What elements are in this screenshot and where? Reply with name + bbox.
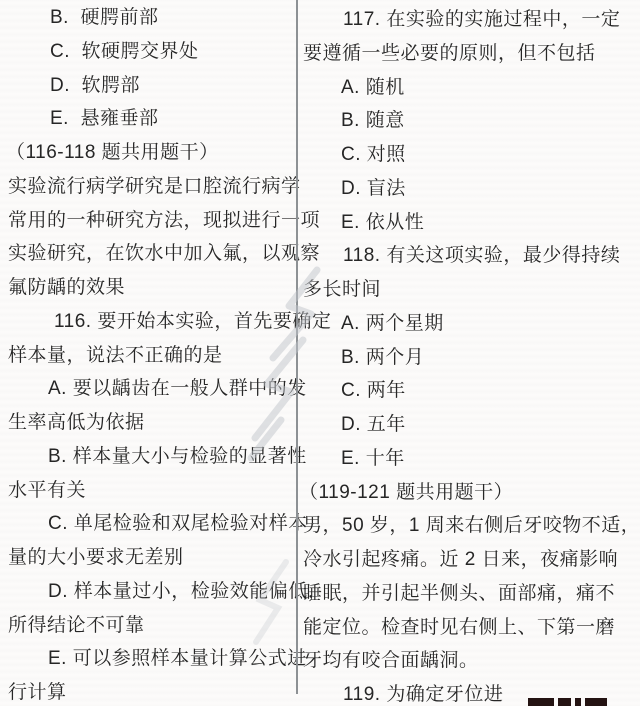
option-line: D. 五年 <box>341 408 637 442</box>
logo-block <box>575 698 581 706</box>
option-line: D. 盲法 <box>341 172 637 206</box>
stem-line: 牙均有咬合面龋洞。 <box>303 644 637 678</box>
exam-page: B. 硬腭前部C. 软硬腭交界处D. 软腭部E. 悬雍垂部（116-118 题共… <box>0 0 640 706</box>
stem-line: 能定位。检查时见右侧上、下第一磨 <box>303 611 637 645</box>
option-line: B. 样本量大小与检验的显著性 <box>48 440 294 474</box>
option-line: 生率高低为依据 <box>8 406 294 440</box>
question-line: 117. 在实验的实施过程中，一定 <box>343 3 637 37</box>
right-column: 117. 在实验的实施过程中，一定要遵循一些必要的原则，但不包括A. 随机B. … <box>303 0 637 706</box>
option-line: C. 对照 <box>341 138 637 172</box>
option-line: E. 十年 <box>341 442 637 476</box>
option-line: E. 依从性 <box>341 206 637 240</box>
stem-line: 冷水引起疼痛。近 2 日来，夜痛影响 <box>303 543 637 577</box>
option-line: B. 两个月 <box>341 341 637 375</box>
question-line: 多长时间 <box>303 273 637 307</box>
cropped-logo <box>528 698 607 706</box>
section-header-line: （116-118 题共用题干） <box>6 136 294 170</box>
option-line: C. 单尾检验和双尾检验对样本 <box>48 507 294 541</box>
option-line: A. 两个星期 <box>341 307 637 341</box>
option-line: E. 可以参照样本量计算公式进 <box>48 642 294 676</box>
logo-block <box>528 698 554 706</box>
option-line: 量的大小要求无差别 <box>8 541 294 575</box>
logo-block <box>558 698 571 706</box>
stem-line: 男，50 岁，1 周来右侧后牙咬物不适， <box>303 509 637 543</box>
option-line: C. 两年 <box>341 374 637 408</box>
option-line: A. 随机 <box>341 71 637 105</box>
question-line: 要遵循一些必要的原则，但不包括 <box>303 37 637 71</box>
option-line: B. 硬腭前部 <box>50 1 294 35</box>
question-line: 118. 有关这项实验，最少得持续 <box>343 239 637 273</box>
section-header-line: （119-121 题共用题干） <box>299 476 637 510</box>
column-divider-line <box>296 0 298 694</box>
option-line: A. 要以龋齿在一般人群中的发 <box>48 372 294 406</box>
stem-line: 睡眠，并引起半侧头、面部痛，痛不 <box>303 577 637 611</box>
option-line: D. 软腭部 <box>50 69 294 103</box>
left-column: B. 硬腭前部C. 软硬腭交界处D. 软腭部E. 悬雍垂部（116-118 题共… <box>8 0 294 706</box>
option-line: C. 软硬腭交界处 <box>50 35 294 69</box>
stem-line: 实验流行病学研究是口腔流行病学 <box>8 170 294 204</box>
option-line: 行计算 <box>8 676 294 706</box>
option-line: D. 样本量过小，检验效能偏低， <box>48 575 294 609</box>
option-line: E. 悬雍垂部 <box>50 102 294 136</box>
option-line: 所得结论不可靠 <box>8 609 294 643</box>
stem-line: 氟防龋的效果 <box>8 271 294 305</box>
question-line: 样本量，说法不正确的是 <box>8 339 294 373</box>
question-line: 116. 要开始本实验，首先要确定 <box>54 305 294 339</box>
logo-block <box>585 698 607 706</box>
stem-line: 实验研究，在饮水中加入氟，以观察 <box>8 237 294 271</box>
stem-line: 常用的一种研究方法，现拟进行一项 <box>8 204 294 238</box>
option-line: B. 随意 <box>341 104 637 138</box>
option-line: 水平有关 <box>8 474 294 508</box>
